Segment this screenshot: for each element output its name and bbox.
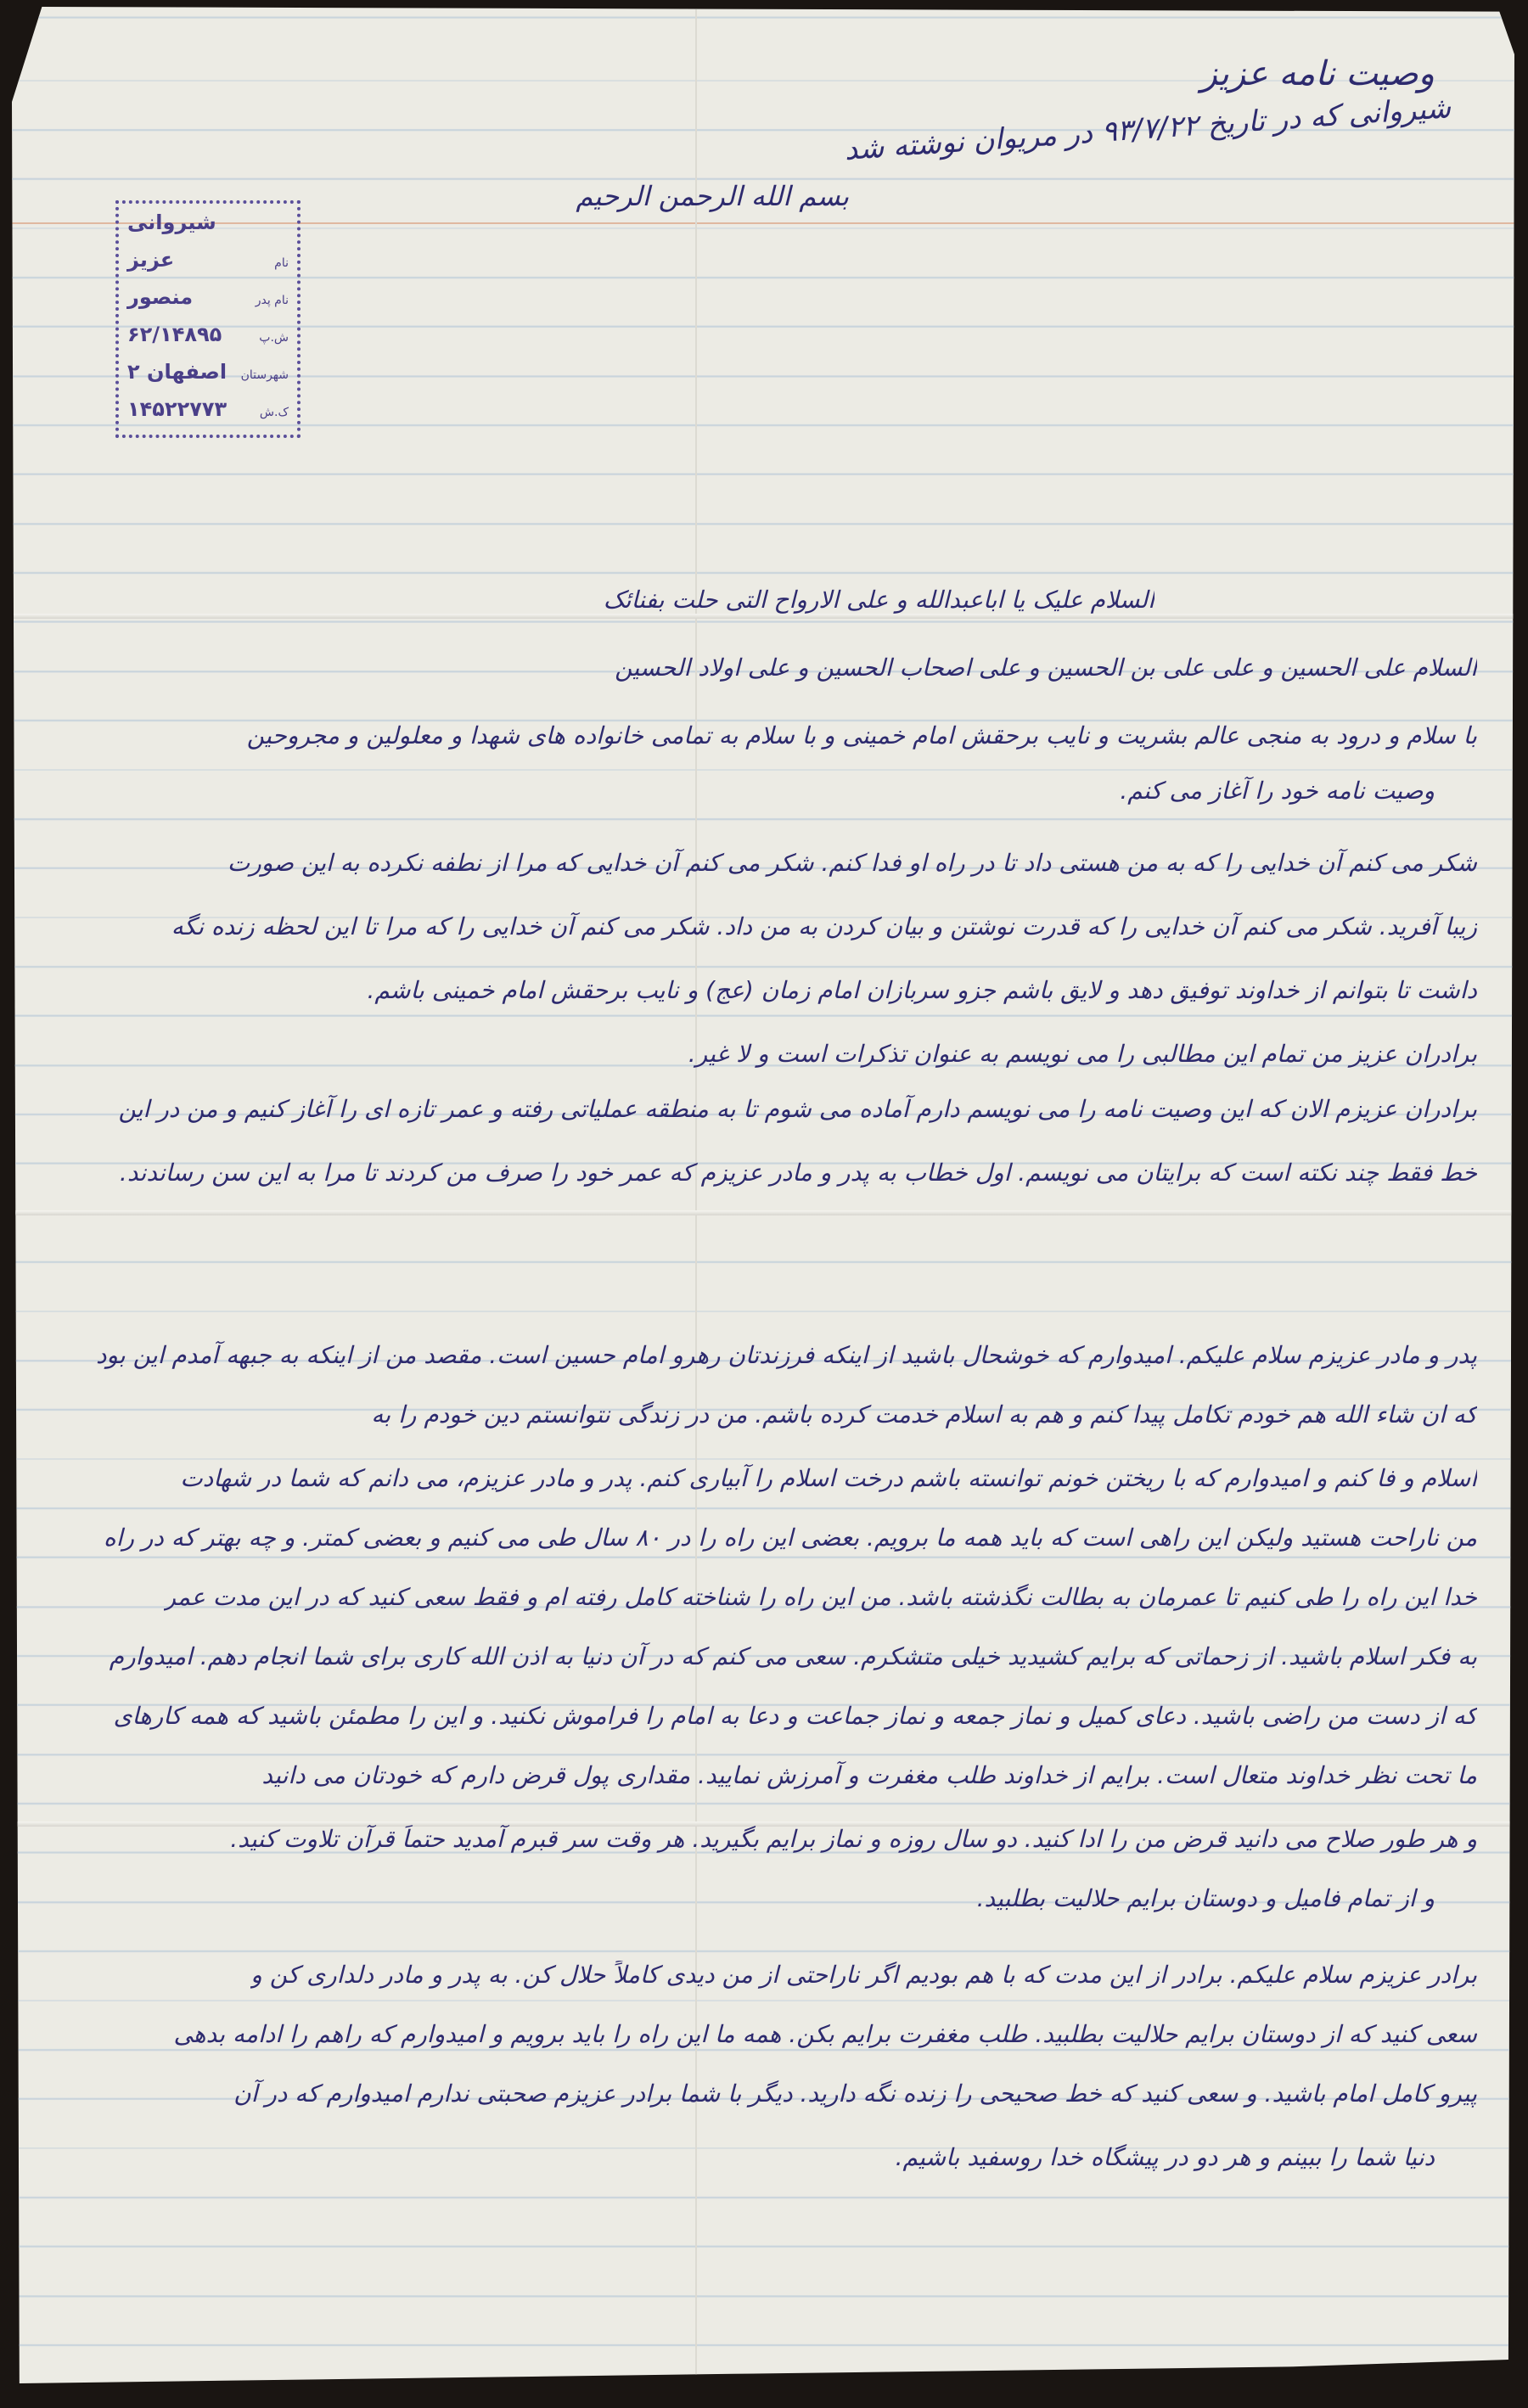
stamp-label: ش.پ	[259, 331, 289, 345]
will-text-line: پیرو کامل امام باشید. و سعی کنید که خط ص…	[233, 2080, 1477, 2108]
stamp-value: عزیز	[127, 248, 174, 272]
will-text-line: السلام علیک یا اباعبدالله و علی الارواح …	[604, 586, 1154, 614]
will-text-line: دنیا شما را ببینم و هر دو در پیشگاه خدا …	[896, 2143, 1435, 2171]
will-text-line: پدر و مادر عزیزم سلام علیکم. امیدوارم که…	[96, 1341, 1477, 1369]
will-text-line: برادر عزیزم سلام علیکم. برادر از این مدت…	[250, 1961, 1477, 1989]
will-text-line: برادران عزیز من تمام این مطالبی را می نو…	[688, 1040, 1477, 1068]
stamp-value: اصفهان ۲	[127, 360, 227, 384]
will-text-line: شکر می کنم آن خدایی را که به من هستی داد…	[228, 849, 1477, 877]
stamp-row: نام پدرمنصور	[127, 285, 289, 323]
stamp-row: ک.ش۱۴۵۲۲۷۷۳	[127, 397, 289, 435]
horizontal-fold	[12, 614, 1514, 619]
stamp-label: ک.ش	[260, 406, 289, 419]
will-text-line: به فکر اسلام باشید. از زحماتی که برایم ک…	[110, 1642, 1477, 1670]
will-text-line: برادران عزیزم الان که این وصیت نامه را م…	[118, 1095, 1477, 1123]
will-text-line: اسلام و فا کنم و امیدوارم که با ریختن خو…	[180, 1464, 1477, 1492]
will-text-line: که ان شاء الله هم خودم تکامل پیدا کنم و …	[371, 1400, 1477, 1429]
stamp-row: نامعزیز	[127, 248, 289, 285]
will-text-line: داشت تا بتوانم از خداوند توفیق دهد و لای…	[368, 976, 1477, 1004]
stamp-label: شهرستان	[241, 368, 289, 382]
will-text-line: السلام علی الحسین و علی علی بن الحسین و …	[615, 654, 1477, 682]
will-text-line: و از تمام فامیل و دوستان برایم حلالیت بط…	[977, 1884, 1435, 1912]
will-text-line: سعی کنید که از دوستان برایم حلالیت بطلبی…	[173, 2020, 1477, 2048]
stamp-value: منصور	[127, 285, 193, 309]
stamp-label: نام	[274, 256, 289, 270]
will-text-line: زیبا آفرید. شکر می کنم آن خدایی را که قد…	[171, 912, 1477, 940]
stamp-value: ۱۴۵۲۲۷۷۳	[127, 397, 227, 421]
will-text-line: با سلام و درود به منجی عالم بشریت و نایب…	[247, 721, 1477, 749]
will-text-line: ما تحت نظر خداوند متعال است. برایم از خد…	[261, 1761, 1477, 1789]
will-text-line: و هر طور صلاح می دانید قرض من را ادا کنی…	[230, 1825, 1477, 1853]
identity-stamp: شیروانینامعزیزنام پدرمنصورش.پ۶۲/۱۴۸۹۵شهر…	[115, 200, 301, 438]
will-text-line: که از دست من راضی باشید. دعای کمیل و نما…	[114, 1702, 1477, 1730]
document-title: وصیت نامه عزیز	[1201, 54, 1435, 93]
will-text-line: من ناراحت هستید ولیکن این راهی است که با…	[104, 1524, 1477, 1552]
will-text-line: وصیت نامه خود را آغاز می کنم.	[1120, 777, 1435, 805]
stamp-row: شهرستاناصفهان ۲	[127, 360, 289, 397]
stamp-row: ش.پ۶۲/۱۴۸۹۵	[127, 323, 289, 360]
stamp-value: شیروانی	[127, 210, 216, 234]
stamp-value: ۶۲/۱۴۸۹۵	[127, 323, 222, 346]
horizontal-fold	[12, 1210, 1514, 1215]
will-text-line: خدا این راه را طی کنیم تا عمرمان به بطال…	[164, 1583, 1477, 1611]
stamp-label: نام پدر	[256, 294, 289, 307]
bismillah-heading: بسم الله الرحمن الرحیم	[576, 180, 849, 212]
stamp-row: شیروانی	[127, 210, 289, 248]
will-text-line: خط فقط چند نکته است که برایتان می نویسم.…	[120, 1159, 1477, 1187]
